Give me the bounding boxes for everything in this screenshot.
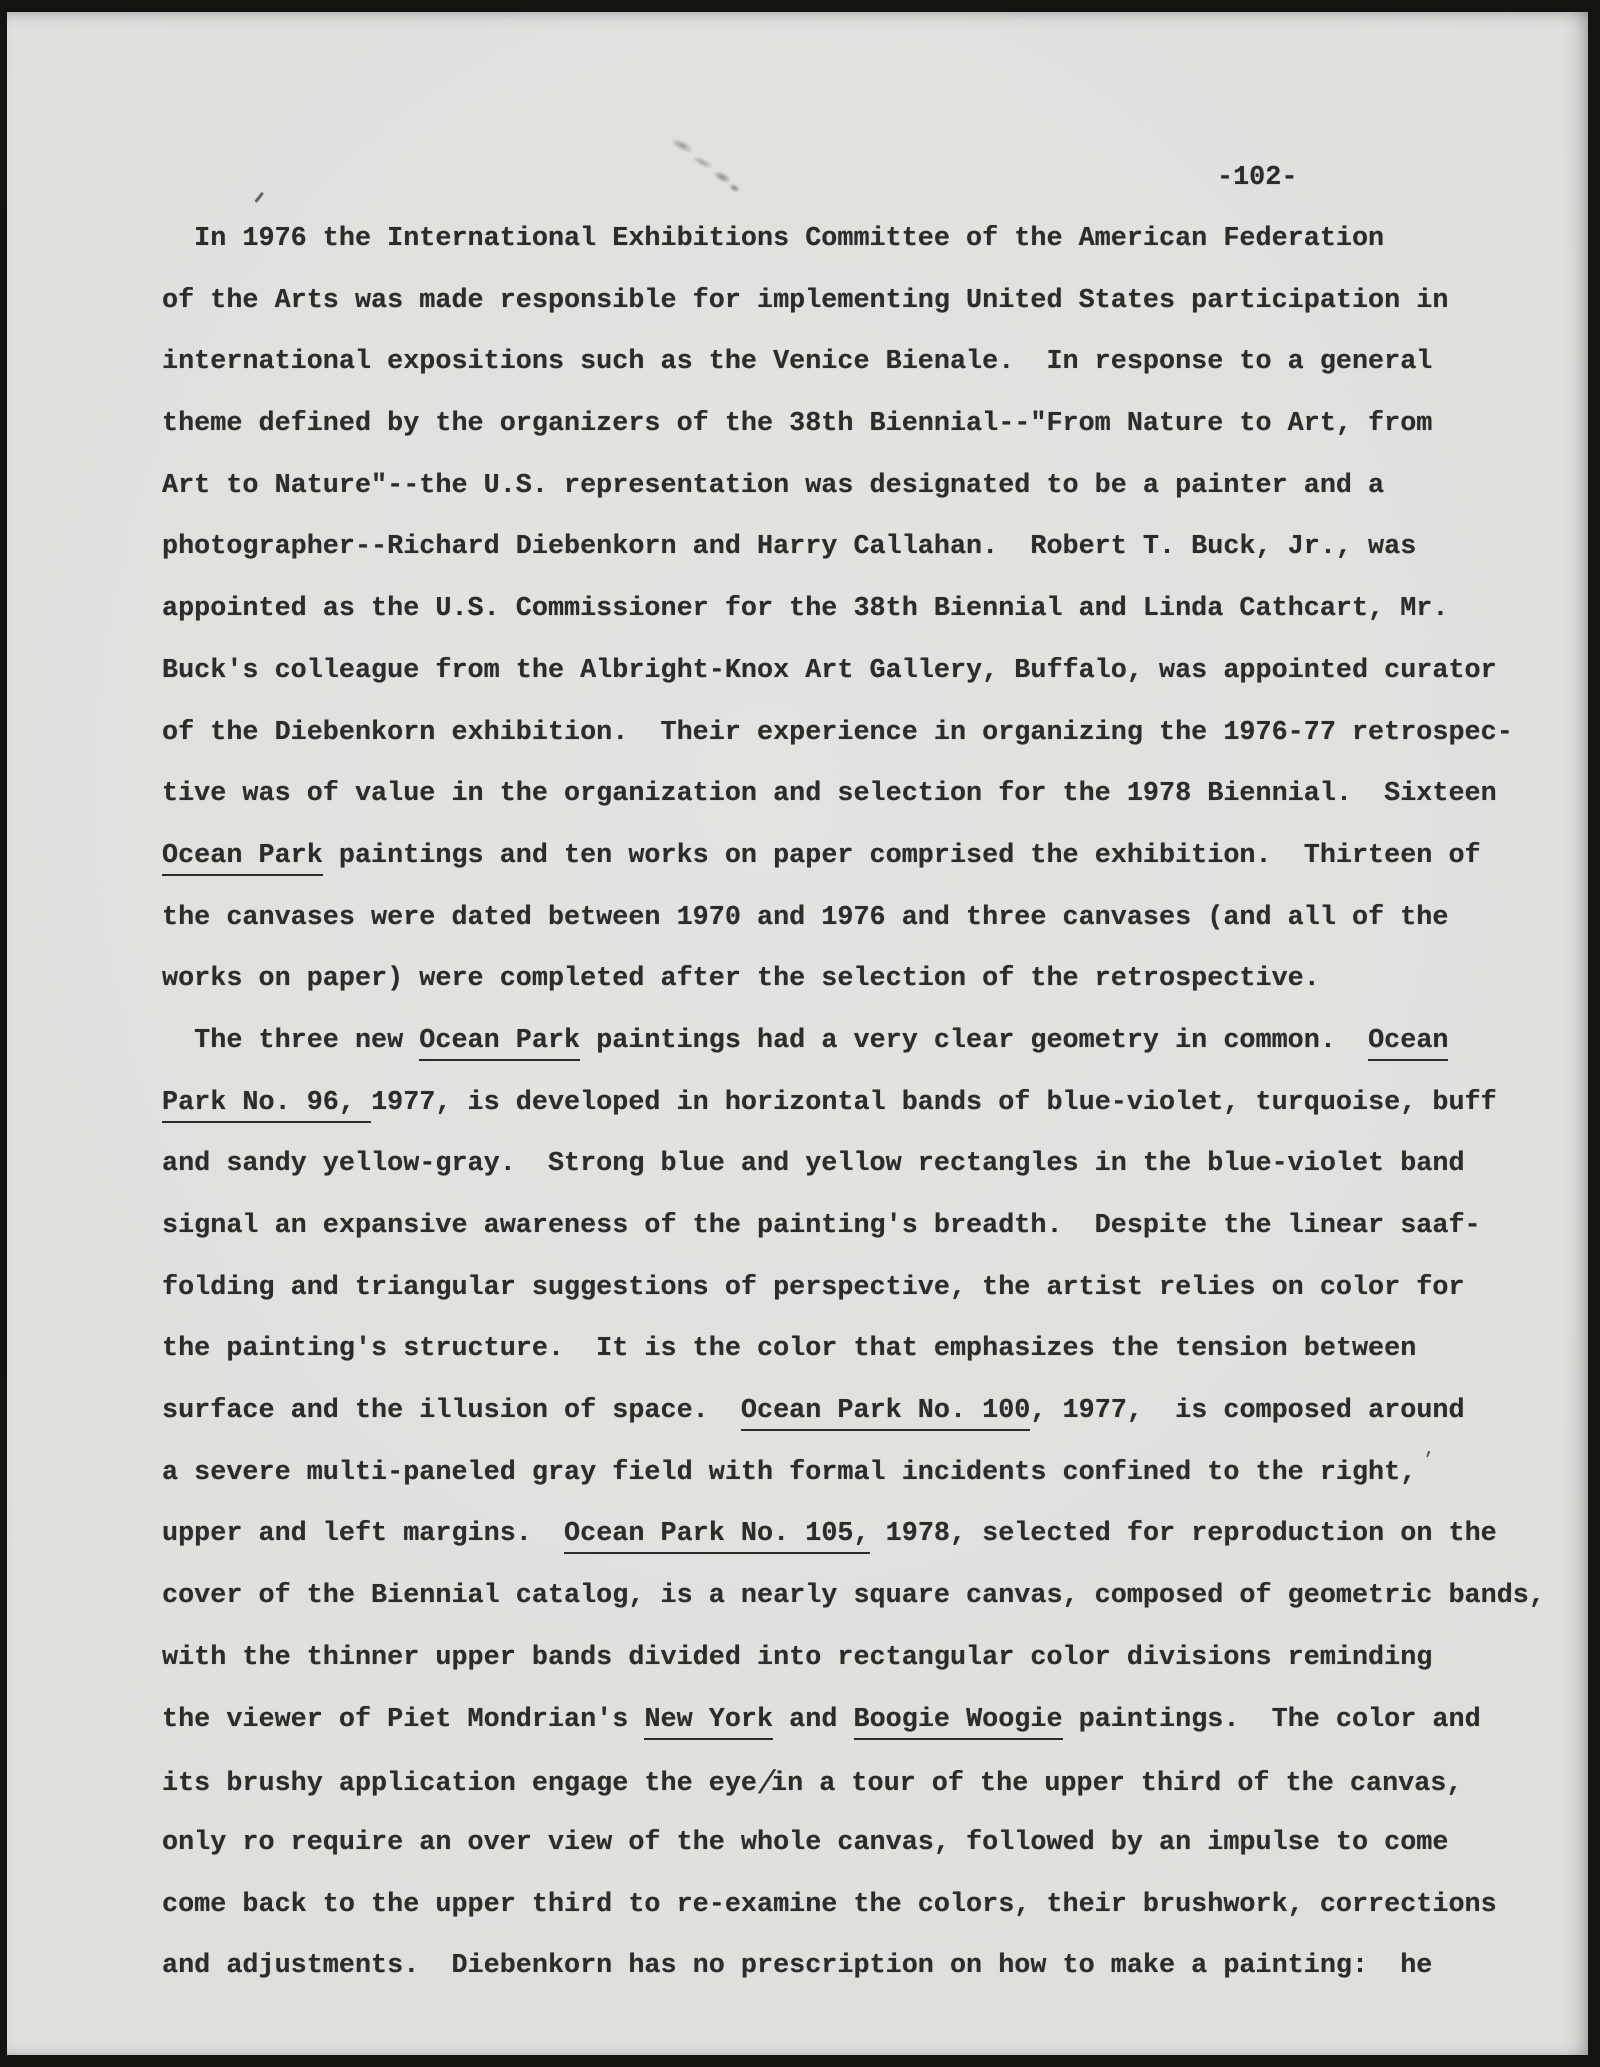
text-line: signal an expansive awareness of the pai…: [162, 1196, 1562, 1258]
text-line: of the Arts was made responsible for imp…: [162, 271, 1562, 333]
text-segment: paintings had a very clear geometry in c…: [580, 1026, 1368, 1056]
text-line: appointed as the U.S. Commissioner for t…: [162, 579, 1562, 641]
scanned-page: -102- In 1976 the International Exhibiti…: [0, 0, 1600, 2067]
underlined-text: Ocean Park: [162, 841, 323, 876]
text-segment: in a tour of the upper third of the canv…: [771, 1769, 1462, 1799]
text-line: theme defined by the organizers of the 3…: [162, 394, 1562, 456]
underlined-text: New York: [644, 1705, 773, 1740]
text-segment: international expositions such as the Ve…: [162, 347, 1432, 377]
underlined-text: Ocean Park No. 100: [741, 1396, 1030, 1431]
text-segment: of the Arts was made responsible for imp…: [162, 286, 1448, 316]
text-segment: 1978, selected for reproduction on the: [870, 1519, 1497, 1549]
text-segment: surface and the illusion of space.: [162, 1396, 741, 1426]
text-segment: works on paper) were completed after the…: [162, 964, 1320, 994]
underlined-text: Ocean Park No. 105,: [564, 1519, 870, 1554]
text-line: the canvases were dated between 1970 and…: [162, 888, 1562, 950]
text-segment: with the thinner upper bands divided int…: [162, 1643, 1432, 1673]
text-segment: tive was of value in the organization an…: [162, 779, 1497, 809]
text-line: folding and triangular suggestions of pe…: [162, 1258, 1562, 1320]
text-line: In 1976 the International Exhibitions Co…: [162, 209, 1562, 271]
text-segment: a severe multi-paneled gray field with f…: [162, 1458, 1416, 1488]
underlined-text: Ocean Park: [419, 1026, 580, 1061]
underlined-text: Boogie Woogie: [854, 1705, 1063, 1740]
text-segment: theme defined by the organizers of the 3…: [162, 409, 1432, 439]
text-line: and adjustments. Diebenkorn has no presc…: [162, 1936, 1562, 1998]
text-segment: paintings. The color and: [1063, 1705, 1481, 1735]
handwritten-slash-mark: /: [753, 1754, 773, 1816]
underlined-text: Park No. 96,: [162, 1088, 371, 1123]
text-segment: and: [773, 1705, 853, 1735]
text-line: Park No. 96, 1977, is developed in horiz…: [162, 1073, 1562, 1135]
text-line: the viewer of Piet Mondrian's New York a…: [162, 1690, 1562, 1752]
text-segment: and adjustments. Diebenkorn has no presc…: [162, 1951, 1432, 1981]
text-line: upper and left margins. Ocean Park No. 1…: [162, 1504, 1562, 1566]
underlined-text: Ocean: [1368, 1026, 1448, 1061]
text-line: of the Diebenkorn exhibition. Their expe…: [162, 703, 1562, 765]
page-number: -102-: [1217, 162, 1297, 194]
text-line: cover of the Biennial catalog, is a near…: [162, 1566, 1562, 1628]
paper-sheet: -102- In 1976 the International Exhibiti…: [7, 12, 1588, 2055]
text-segment: come back to the upper third to re-exami…: [162, 1890, 1497, 1920]
text-segment: cover of the Biennial catalog, is a near…: [162, 1581, 1545, 1611]
text-segment: Art to Nature"--the U.S. representation …: [162, 471, 1384, 501]
text-segment: signal an expansive awareness of the pai…: [162, 1211, 1481, 1241]
text-line: with the thinner upper bands divided int…: [162, 1628, 1562, 1690]
text-segment: only ro require an over view of the whol…: [162, 1828, 1448, 1858]
text-line: Art to Nature"--the U.S. representation …: [162, 456, 1562, 518]
page-text: In 1976 the International Exhibitions Co…: [162, 209, 1562, 1998]
text-line: only ro require an over view of the whol…: [162, 1813, 1562, 1875]
text-segment: The three new: [162, 1026, 419, 1056]
text-line: tive was of value in the organization an…: [162, 764, 1562, 826]
text-segment: Buck's colleague from the Albright-Knox …: [162, 656, 1497, 686]
text-line: come back to the upper third to re-exami…: [162, 1875, 1562, 1937]
text-line: photographer--Richard Diebenkorn and Har…: [162, 517, 1562, 579]
text-line: The three new Ocean Park paintings had a…: [162, 1011, 1562, 1073]
text-segment: and sandy yellow-gray. Strong blue and y…: [162, 1149, 1465, 1179]
pencil-smudge: [654, 127, 756, 197]
text-segment: the canvases were dated between 1970 and…: [162, 903, 1448, 933]
text-line: Buck's colleague from the Albright-Knox …: [162, 641, 1562, 703]
text-line: international expositions such as the Ve…: [162, 332, 1562, 394]
text-line: works on paper) were completed after the…: [162, 949, 1562, 1011]
text-segment: folding and triangular suggestions of pe…: [162, 1273, 1465, 1303]
text-segment: appointed as the U.S. Commissioner for t…: [162, 594, 1448, 624]
text-segment: the painting's structure. It is the colo…: [162, 1334, 1416, 1364]
text-segment: of the Diebenkorn exhibition. Their expe…: [162, 718, 1513, 748]
text-segment: paintings and ten works on paper compris…: [323, 841, 1481, 871]
text-line: a severe multi-paneled gray field with f…: [162, 1443, 1562, 1505]
text-line: the painting's structure. It is the colo…: [162, 1319, 1562, 1381]
text-segment: upper and left margins.: [162, 1519, 564, 1549]
text-segment: 1977, is developed in horizontal bands o…: [371, 1088, 1497, 1118]
text-segment: , 1977, is composed around: [1030, 1396, 1464, 1426]
text-line: Ocean Park paintings and ten works on pa…: [162, 826, 1562, 888]
text-segment: photographer--Richard Diebenkorn and Har…: [162, 532, 1416, 562]
text-line: surface and the illusion of space. Ocean…: [162, 1381, 1562, 1443]
text-line: and sandy yellow-gray. Strong blue and y…: [162, 1134, 1562, 1196]
text-segment: the viewer of Piet Mondrian's: [162, 1705, 644, 1735]
text-segment: its brushy application engage the eye: [162, 1769, 757, 1799]
text-line: its brushy application engage the eye/in…: [162, 1751, 1562, 1813]
text-segment: In 1976 the International Exhibitions Co…: [162, 224, 1384, 254]
stray-pen-mark: [254, 192, 263, 203]
